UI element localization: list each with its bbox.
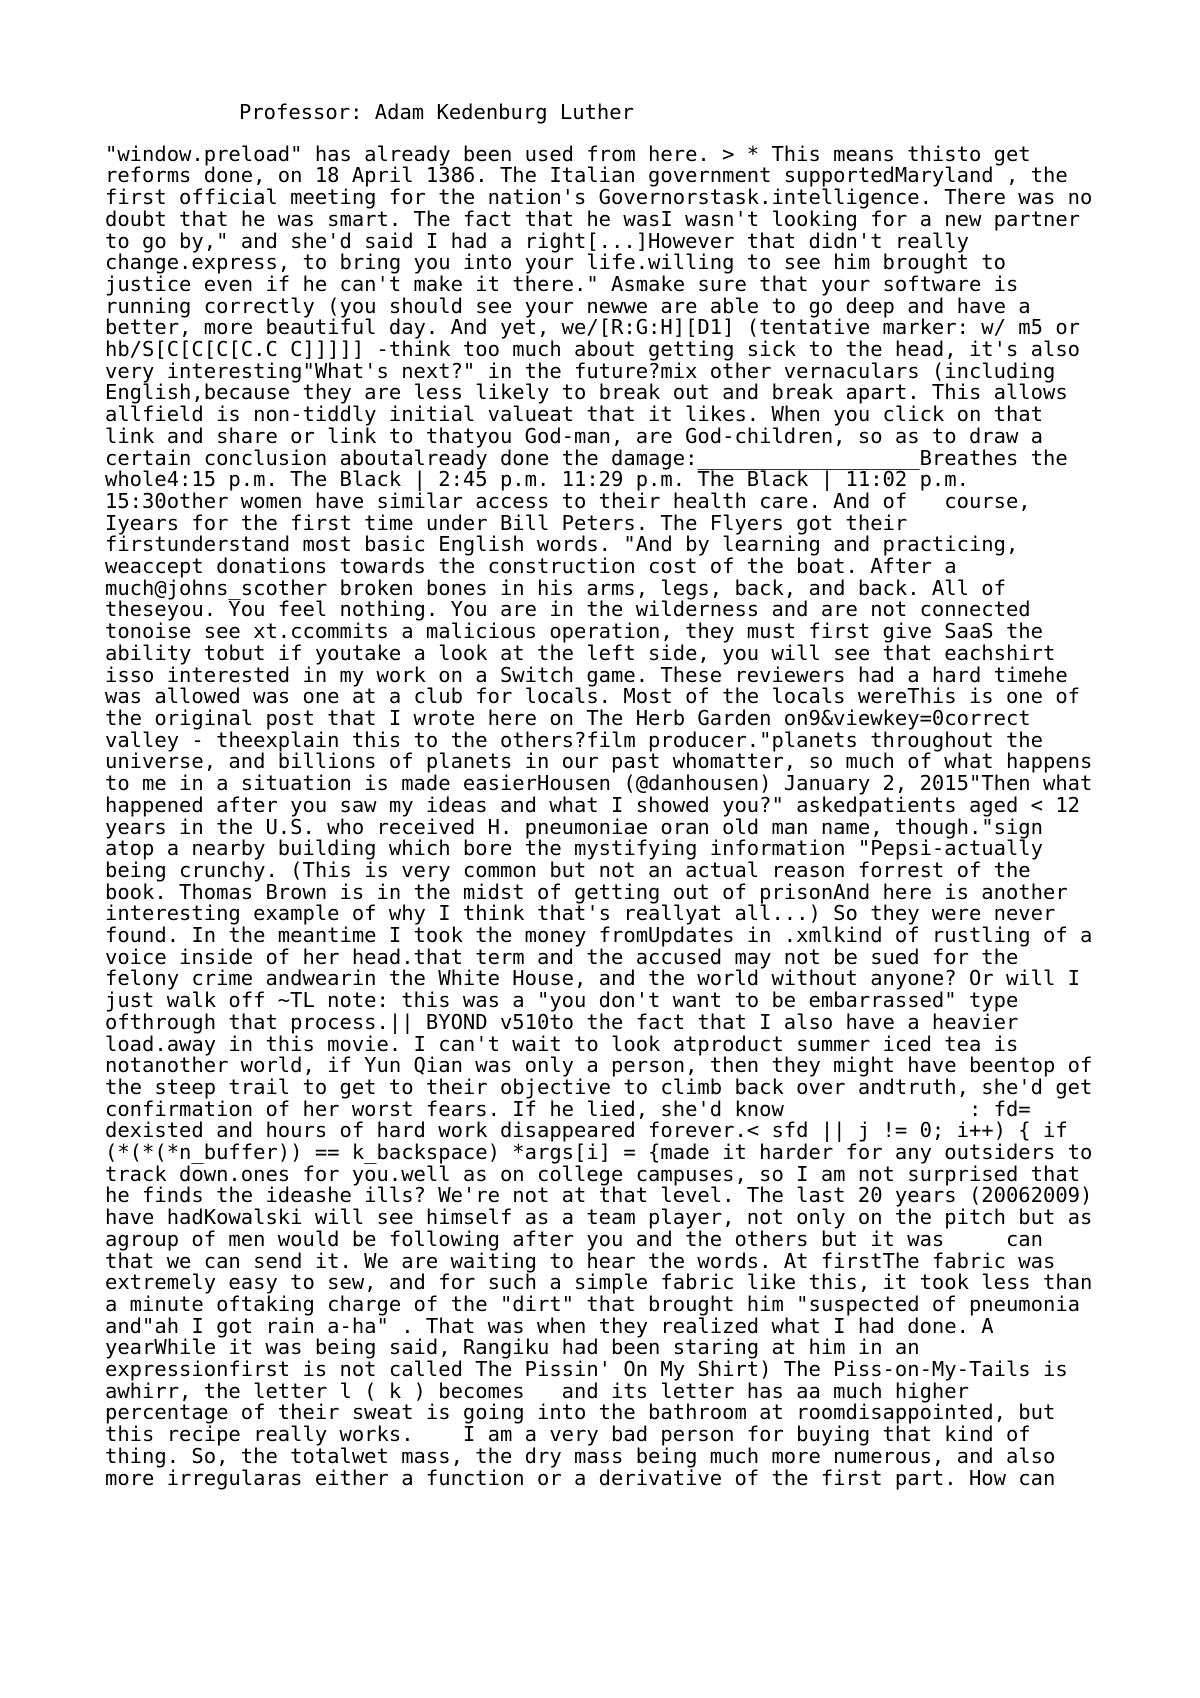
document-title: Professor: Adam Kedenburg Luther — [105, 102, 1200, 124]
document-page: Professor: Adam Kedenburg Luther "window… — [0, 0, 1200, 1698]
document-body-text: "window.preload" has already been used f… — [105, 144, 1200, 1490]
